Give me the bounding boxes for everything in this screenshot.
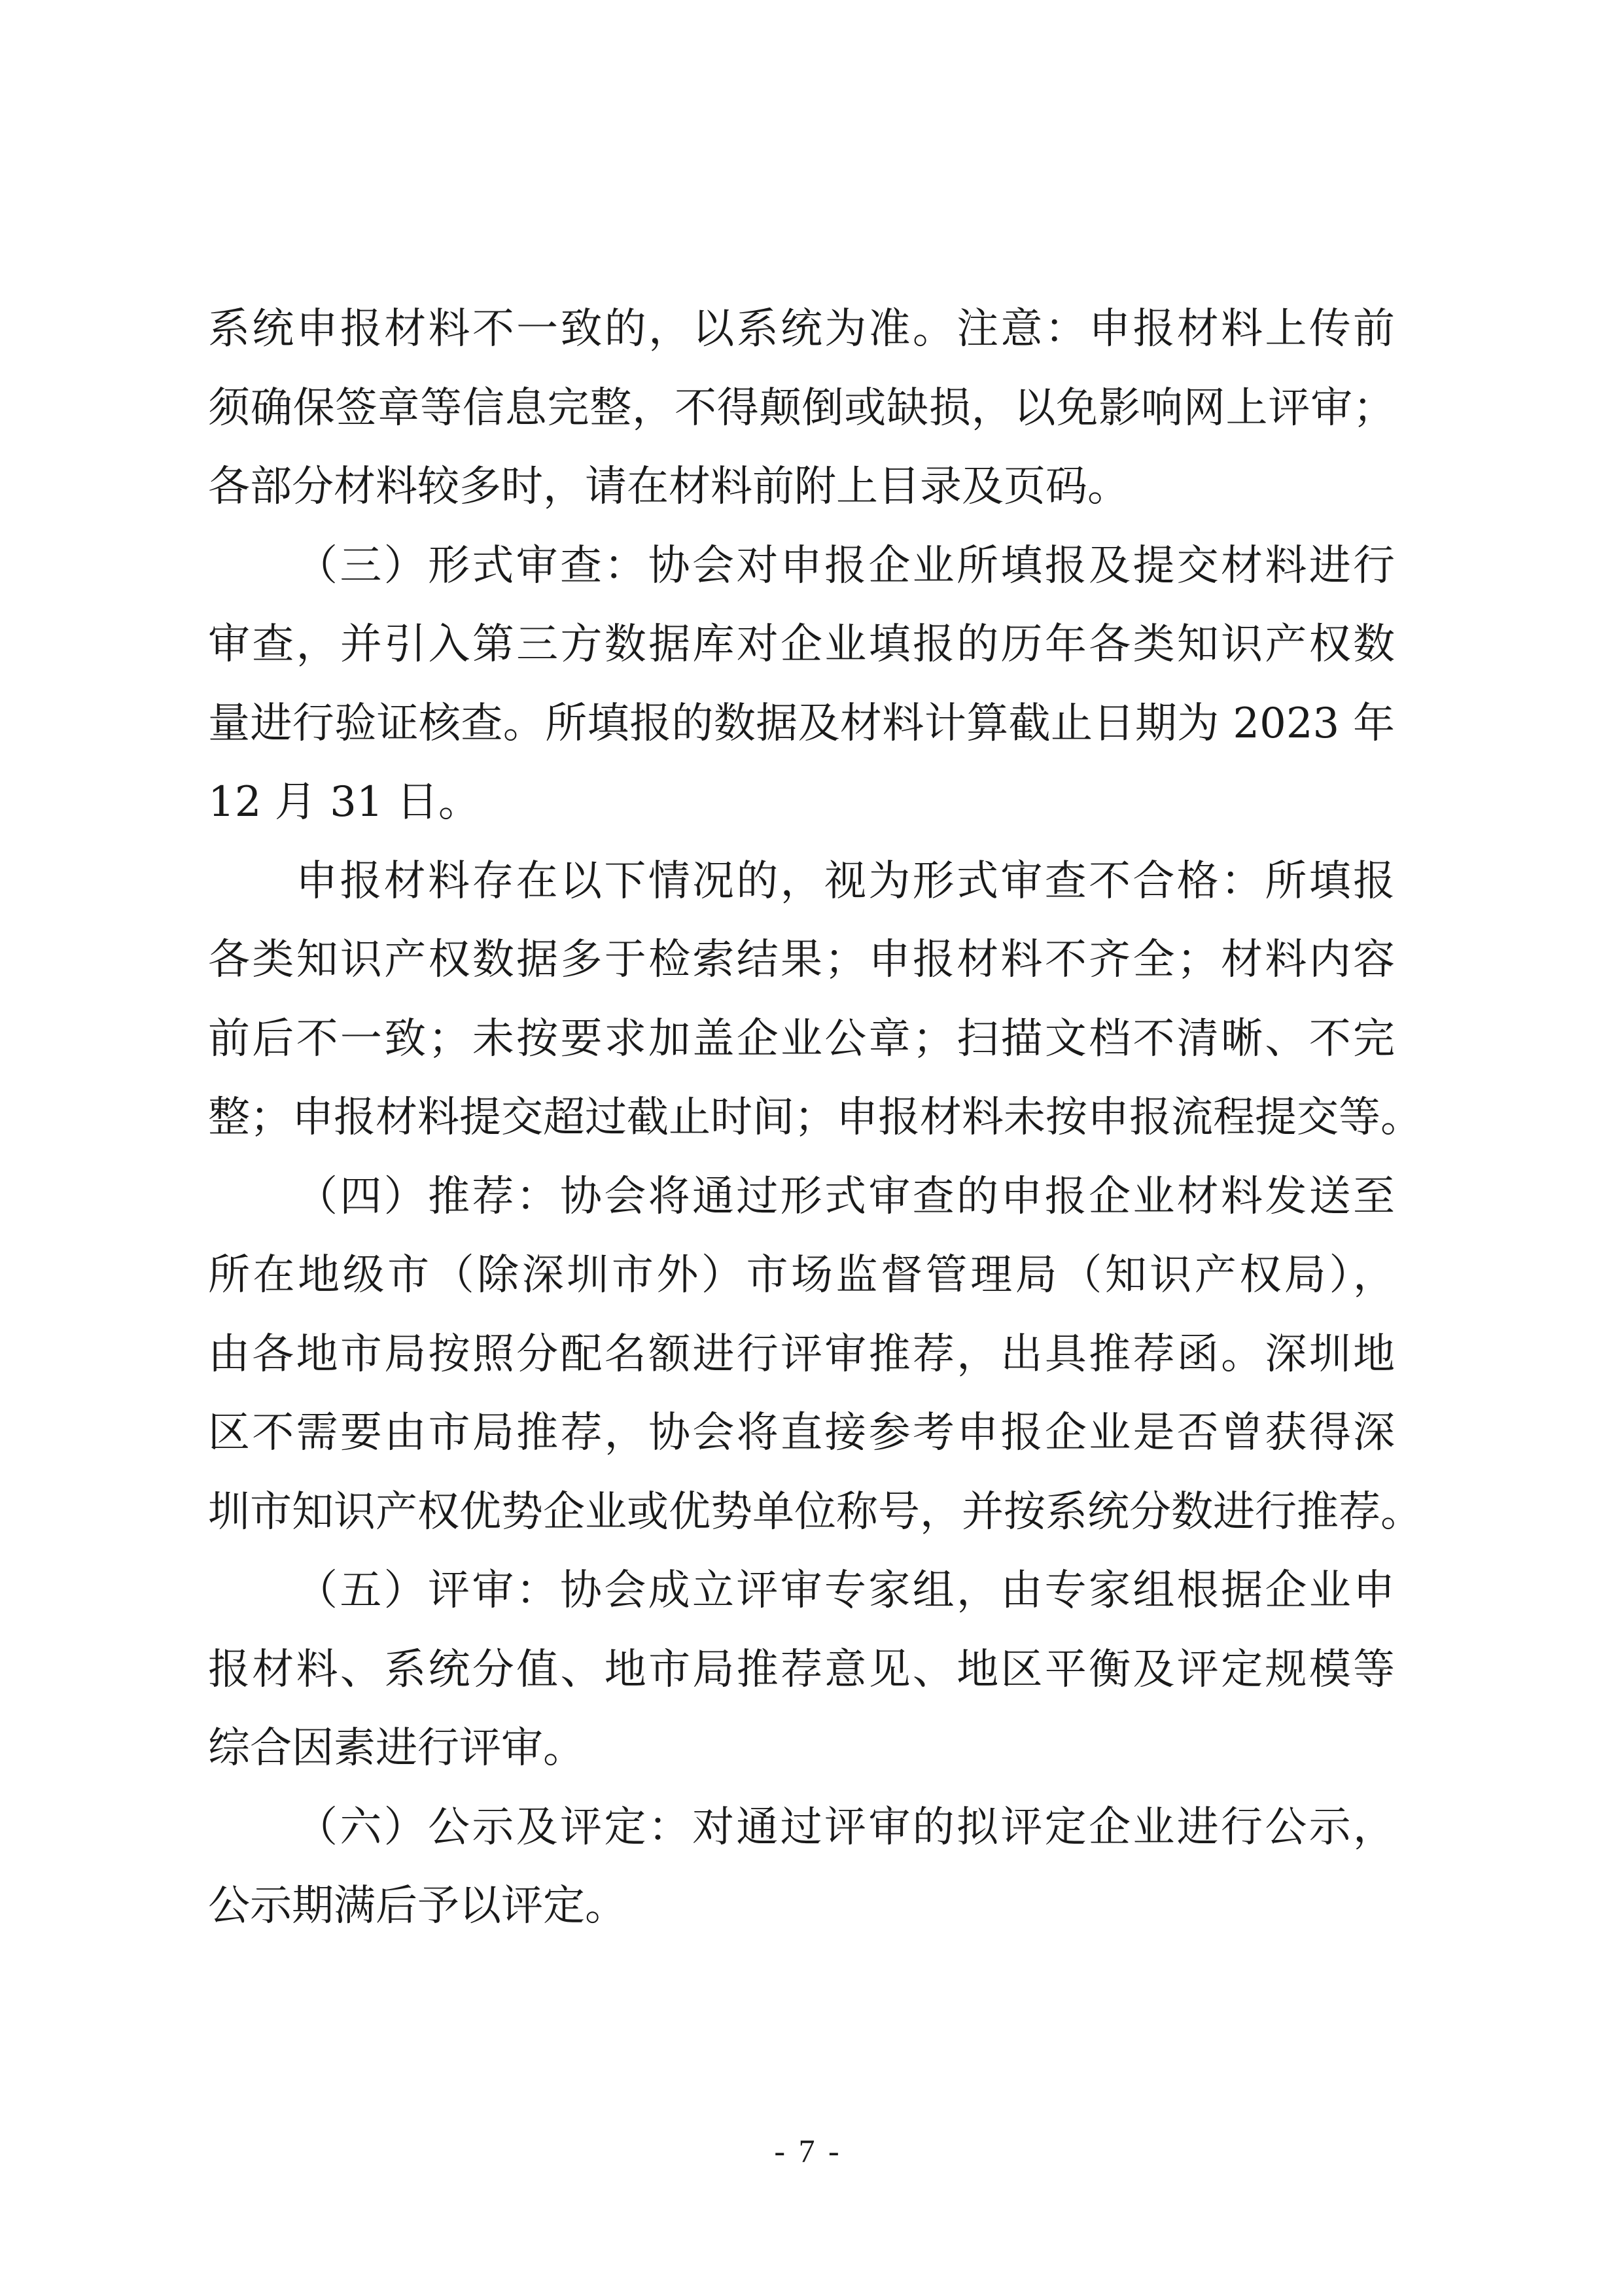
text-line: 各部分材料较多时，请在材料前附上目录及页码。	[208, 448, 1395, 527]
text-line: 12 月 31 日。	[208, 763, 1395, 842]
section-heading-line: （四）推荐：协会将通过形式审查的申报企业材料发送至	[208, 1157, 1395, 1237]
paragraph-publicity: （六）公示及评定：对通过评审的拟评定企业进行公示， 公示期满后予以评定。	[208, 1788, 1395, 1946]
text-line: 审查，并引入第三方数据库对企业填报的历年各类知识产权数	[208, 605, 1395, 684]
section-heading-line: （六）公示及评定：对通过评审的拟评定企业进行公示，	[208, 1788, 1395, 1867]
text-line: 量进行验证核查。所填报的数据及材料计算截止日期为 2023 年	[208, 684, 1395, 764]
text-line: 系统申报材料不一致的，以系统为准。注意：申报材料上传前	[208, 290, 1395, 369]
text-line: 报材料、系统分值、地市局推荐意见、地区平衡及评定规模等	[208, 1631, 1395, 1710]
text-line: 各类知识产权数据多于检索结果；申报材料不齐全；材料内容	[208, 921, 1395, 1000]
section-heading-line: （五）评审：协会成立评审专家组，由专家组根据企业申	[208, 1551, 1395, 1631]
paragraph-formal-review: （三）形式审查：协会对申报企业所填报及提交材料进行 审查，并引入第三方数据库对企…	[208, 527, 1395, 842]
body-text: 系统申报材料不一致的，以系统为准。注意：申报材料上传前 须确保签章等信息完整，不…	[208, 290, 1395, 1946]
document-page: 系统申报材料不一致的，以系统为准。注意：申报材料上传前 须确保签章等信息完整，不…	[0, 0, 1616, 2296]
text-line: 圳市知识产权优势企业或优势单位称号，并按系统分数进行推荐。	[208, 1473, 1395, 1552]
text-line: 由各地市局按照分配名额进行评审推荐，出具推荐函。深圳地	[208, 1315, 1395, 1394]
section-heading-line: （三）形式审查：协会对申报企业所填报及提交材料进行	[208, 527, 1395, 606]
paragraph-submission-note: 系统申报材料不一致的，以系统为准。注意：申报材料上传前 须确保签章等信息完整，不…	[208, 290, 1395, 527]
text-line: 综合因素进行评审。	[208, 1709, 1395, 1788]
paragraph-evaluation: （五）评审：协会成立评审专家组，由专家组根据企业申 报材料、系统分值、地市局推荐…	[208, 1551, 1395, 1788]
text-line: 前后不一致；未按要求加盖企业公章；扫描文档不清晰、不完	[208, 1000, 1395, 1079]
paragraph-recommendation: （四）推荐：协会将通过形式审查的申报企业材料发送至 所在地级市（除深圳市外）市场…	[208, 1157, 1395, 1552]
page-number: - 7 -	[0, 2132, 1616, 2170]
text-line: 须确保签章等信息完整，不得颠倒或缺损，以免影响网上评审；	[208, 369, 1395, 448]
text-line: 区不需要由市局推荐，协会将直接参考申报企业是否曾获得深	[208, 1394, 1395, 1473]
text-line: 公示期满后予以评定。	[208, 1867, 1395, 1946]
text-line: 申报材料存在以下情况的，视为形式审查不合格：所填报	[208, 842, 1395, 921]
paragraph-disqualification: 申报材料存在以下情况的，视为形式审查不合格：所填报 各类知识产权数据多于检索结果…	[208, 842, 1395, 1157]
text-line: 所在地级市（除深圳市外）市场监督管理局（知识产权局），	[208, 1236, 1395, 1315]
text-line: 整；申报材料提交超过截止时间；申报材料未按申报流程提交等。	[208, 1078, 1395, 1157]
